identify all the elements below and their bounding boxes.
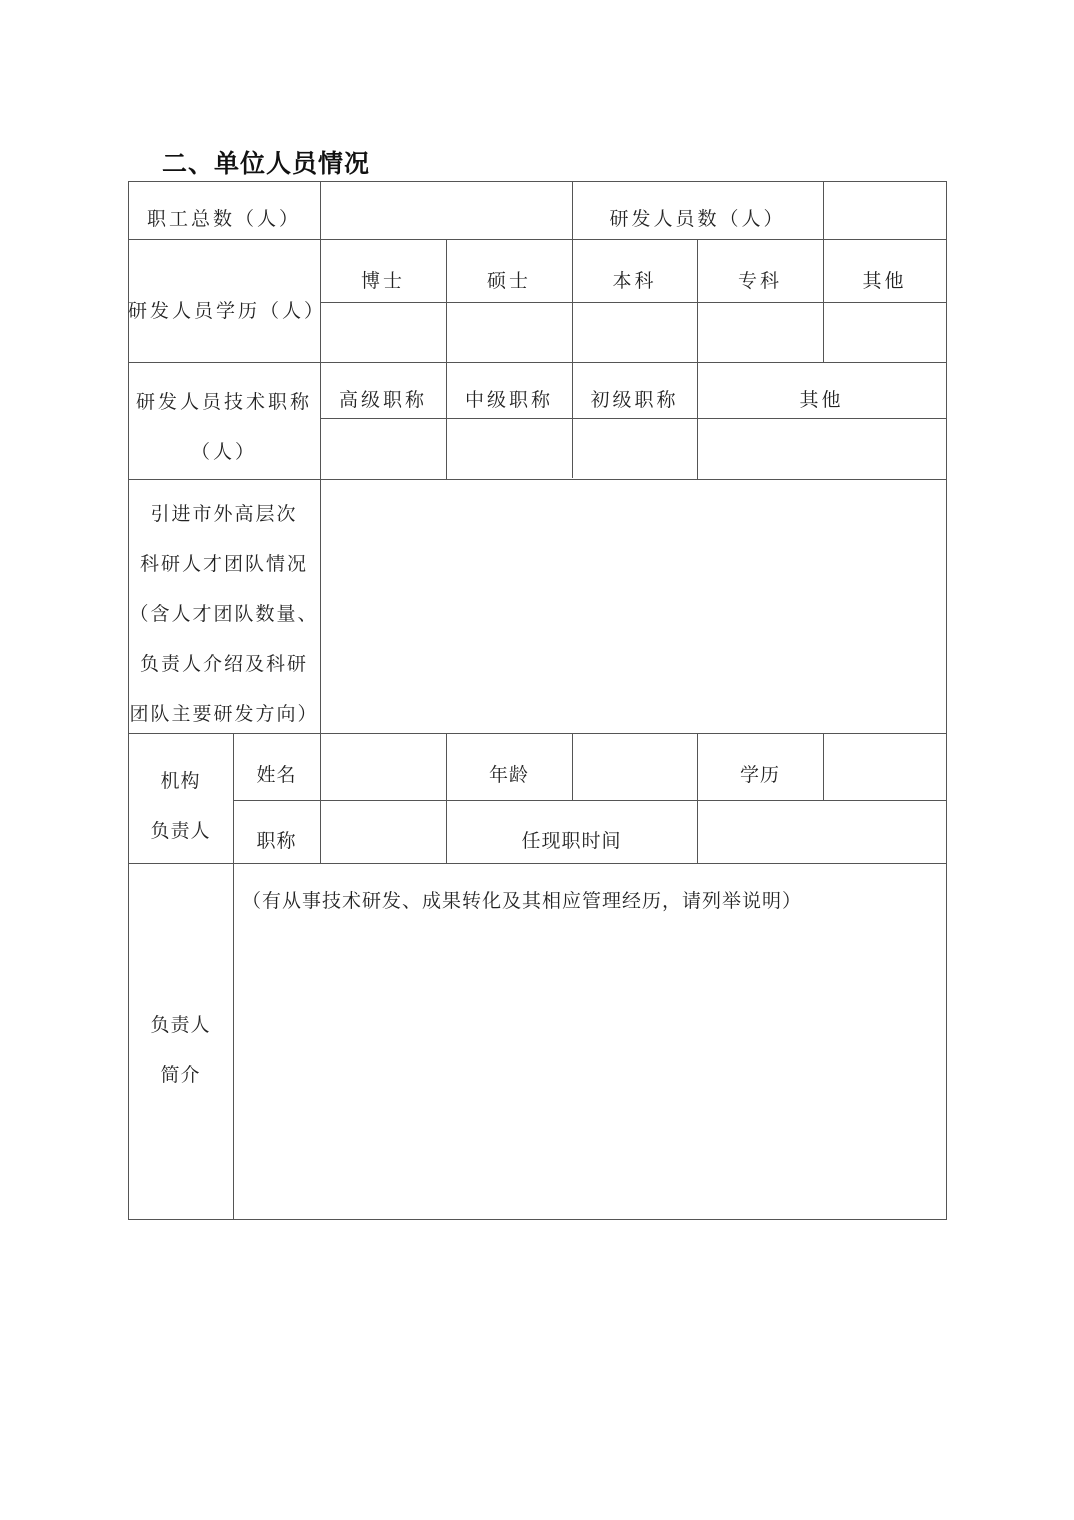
education-master-input[interactable]	[447, 303, 572, 362]
head-name-input[interactable]	[321, 734, 446, 800]
title-intermediate-input[interactable]	[447, 419, 572, 479]
head-education-input[interactable]	[824, 734, 946, 800]
bio-label: 负责人 简介	[128, 1000, 233, 1100]
head-label-line2: 负责人	[150, 806, 210, 856]
head-tenure-input[interactable]	[698, 801, 946, 863]
bio-hint: （有从事技术研发、成果转化及其相应管理经历，请列举说明）	[242, 886, 802, 913]
title-senior-input[interactable]	[321, 419, 446, 479]
head-label: 机构 负责人	[128, 756, 233, 856]
education-bachelor-input[interactable]	[573, 303, 697, 362]
talent-label-line: （含人才团队数量、	[129, 589, 318, 639]
title-other-input[interactable]	[698, 419, 946, 479]
head-label-line1: 机构	[160, 756, 200, 806]
education-other-input[interactable]	[824, 303, 946, 362]
talent-label-line: 引进市外高层次	[150, 489, 297, 539]
talent-label: 引进市外高层次 科研人才团队情况 （含人才团队数量、 负责人介绍及科研 团队主要…	[128, 487, 320, 741]
bio-label-line2: 简介	[160, 1050, 200, 1100]
head-age-input[interactable]	[573, 734, 697, 800]
head-title-input[interactable]	[321, 801, 446, 863]
rd-staff-input[interactable]	[824, 182, 946, 239]
titles-label-line1: 研发人员技术职称	[136, 377, 312, 427]
titles-label-line2: （人）	[191, 427, 257, 477]
titles-label: 研发人员技术职称 （人）	[128, 375, 320, 479]
title-junior-input[interactable]	[573, 419, 697, 479]
education-college-input[interactable]	[698, 303, 823, 362]
talent-label-line: 负责人介绍及科研	[140, 639, 308, 689]
total-staff-input[interactable]	[321, 182, 572, 239]
table-border-right	[946, 181, 947, 1220]
bio-label-line1: 负责人	[150, 1000, 210, 1050]
table-border-bottom	[128, 1219, 947, 1220]
education-phd-input[interactable]	[321, 303, 446, 362]
talent-label-line: 团队主要研发方向）	[129, 689, 318, 739]
talent-input[interactable]	[321, 480, 946, 733]
education-label: 研发人员学历（人）	[128, 239, 320, 379]
bio-input[interactable]: （有从事技术研发、成果转化及其相应管理经历，请列举说明）	[234, 864, 946, 1219]
section-title: 二、单位人员情况	[162, 144, 370, 180]
talent-label-line: 科研人才团队情况	[140, 539, 308, 589]
